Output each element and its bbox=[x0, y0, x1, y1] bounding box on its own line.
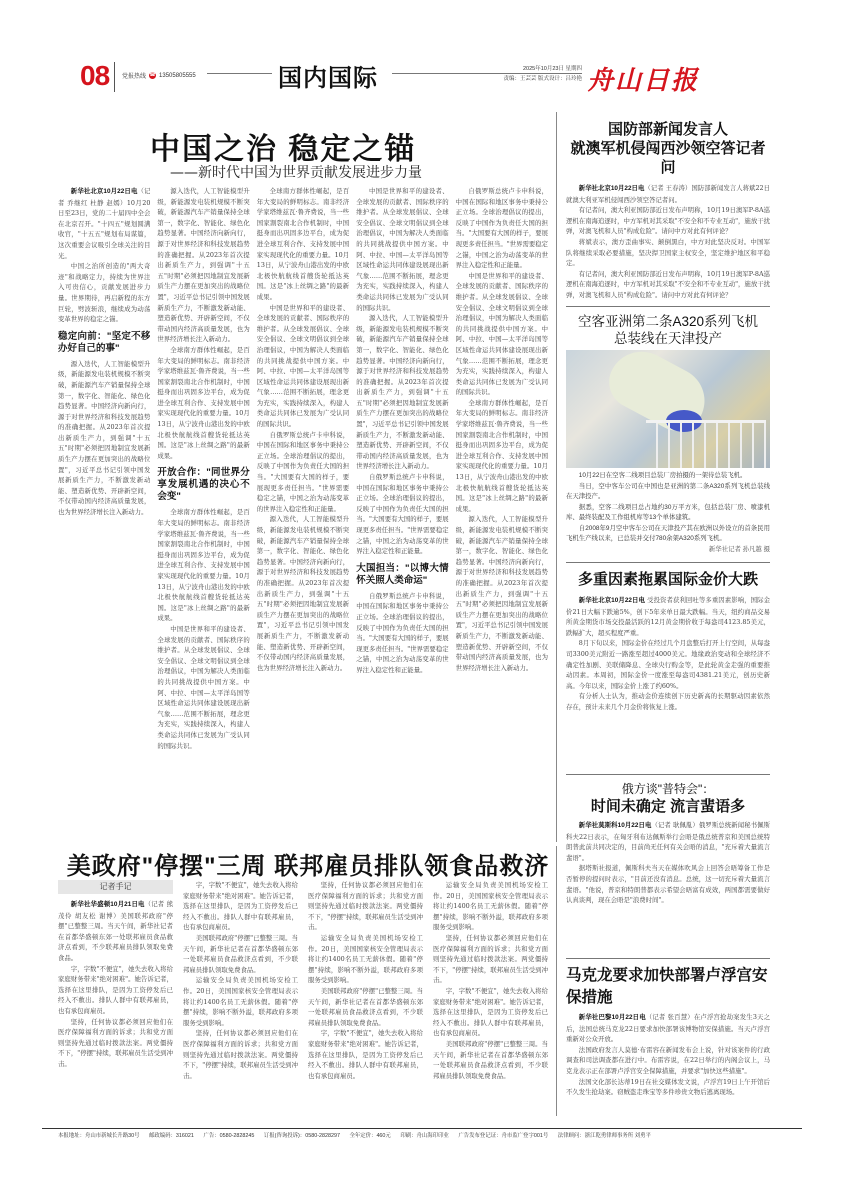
main-column-5: 自俄罗斯总统卢卡申科说，中国在国际和地区事务中秉持公正立场。全球治理倡议的提出，… bbox=[456, 186, 548, 826]
bottom-headline: 美政府"停摆"三周 联邦雇员排队领食品救济 bbox=[58, 846, 558, 881]
scaffold-shape bbox=[646, 420, 766, 468]
side-article-body: 新华社莫斯科10月22日电（记者 耿佩胤）俄罗斯总统新闻秘书佩斯科夫22日表示，… bbox=[566, 820, 770, 932]
paragraph: 美国联邦政府"停摆"已整整三周。当天午间，新华社记者在首都华盛顿东郊一处联邦雇员… bbox=[433, 1039, 548, 1081]
paragraph: 8月下旬以来，国际金价在经过几个月盘整后打开上行空间，从每盎司3300美元附近一… bbox=[566, 638, 770, 691]
issue-date: 2025年10月23日 星期四 bbox=[482, 64, 582, 74]
paragraph: 有记者问，澳大利亚国防部近日发布声明称，10月19日澳军P-8A巡逻机在南海追逐… bbox=[566, 205, 770, 237]
footer-rule bbox=[42, 1128, 802, 1129]
paragraph: 据塔斯社报道，佩斯科夫当天在媒体吹风会上回答会晤筹备工作是否暂停的提问时表示，"… bbox=[566, 863, 770, 905]
main-column-1: 新华社北京10月22日电（记者 乔继红 杜静 赵嫣）10月20日至23日，党的二… bbox=[58, 186, 150, 826]
paragraph: 字，字数"不便宜"，她失去收入将给家庭财务带来"绝对困难"。她告诉记者，选择在这… bbox=[308, 1028, 423, 1081]
bottom-article-body: 记者手记 新华社华盛顿10月21日电（记者 熊茂伶 胡友松 谢博）美国联邦政府"… bbox=[58, 880, 548, 1112]
page-number: 08 bbox=[80, 60, 109, 92]
paragraph: 运输安全局负责美国机场安检工作。20日，美国国家核安全管理局表示将让约1400名… bbox=[183, 975, 298, 1028]
article-byline: （记者 张百慧） bbox=[646, 1013, 694, 1021]
bottom-column-4: 运输安全局负责美国机场安检工作。20日，美国国家核安全管理局表示将让约1400名… bbox=[433, 880, 548, 1112]
article-lead: 新华社莫斯科10月22日电 bbox=[579, 822, 652, 829]
side-article-russia: 俄方谈"普特会"： 时间未确定 流言蜚语多 新华社莫斯科10月22日电（记者 耿… bbox=[566, 768, 770, 932]
bottom-column-2: 字，字数"不便宜"，她失去收入将给家庭财务带来"绝对困难"。她告诉记者，选择在这… bbox=[183, 880, 298, 1112]
paragraph: 坚持，任何协议都必须回应他们在医疗保障福利方面的诉求；共和党方面则坚持先通过临时… bbox=[433, 933, 548, 986]
footer-postcode: 邮政编码：316021 bbox=[149, 1133, 194, 1139]
side-article-body: 新华社北京10月22日电 受投资者获利回吐等多重因素影响，国际金价21日大幅下跌… bbox=[566, 595, 770, 713]
paragraph: 坚持，任何协议都必须回应他们在医疗保障福利方面的诉求；共和党方面则坚持先通过临时… bbox=[308, 880, 423, 933]
side-article-body: 新华社北京10月22日电（记者 王春涛）国防部新闻发言人蒋斌22日就澳大利亚军机… bbox=[566, 183, 770, 301]
paragraph: 有分析人士认为，推动金价连续创下历史新高的长期驱动因素依然存在，预计未来几个月金… bbox=[566, 691, 770, 712]
divider bbox=[566, 958, 770, 959]
article-lead: 新华社北京10月22日电 bbox=[579, 185, 645, 192]
paragraph: 源入迭代，人工智能模型升级，新能源发电装机规模不断突破，新能源汽车产销量保持全球… bbox=[157, 186, 249, 345]
footer-subscription-phone: 订报(咨询投诉)：0580-2828297 bbox=[264, 1133, 340, 1139]
side-headline: 多重因素拖累国际金价大跌 bbox=[566, 569, 770, 591]
paragraph: 全球南方群体性崛起，是百年大变局的鲜明标志。南非经济学家塔维兹瓦·鲁齐费说，当一… bbox=[257, 186, 349, 303]
divider bbox=[566, 774, 770, 775]
masthead: 08 党报热线 ☎ 13505805555 国内国际 2025年10月23日 星… bbox=[42, 56, 802, 96]
paragraph: 美国联邦政府"停摆"已整整三周。当天午间，新华社记者在首都华盛顿东郊一处联邦雇员… bbox=[308, 986, 423, 1028]
divider bbox=[566, 306, 770, 307]
paragraph: 当日，空中客车公司在中国也是亚洲的第二条A320系列飞机总装线在天津投产。 bbox=[566, 482, 770, 503]
paragraph: 有记者问，澳大利亚国防部近日发布声明称，10月19日澳军P-8A巡逻机在南海追逐… bbox=[566, 269, 770, 301]
paragraph: 字，字数"不便宜"，她失去收入将给家庭财务带来"绝对困难"。她告诉记者，选择在这… bbox=[58, 964, 173, 1017]
bottom-column-1: 记者手记 新华社华盛顿10月21日电（记者 熊茂伶 胡友松 谢博）美国联邦政府"… bbox=[58, 880, 173, 1112]
paper-logo: 舟山日报 bbox=[587, 60, 699, 97]
aircraft-assembly-photo bbox=[566, 350, 770, 468]
photo-caption: 10月22日在空客二线项目总装厂房拍摄的一架待总装飞机。 当日，空中客车公司在中… bbox=[566, 471, 770, 555]
paragraph: 法国政府发言人莫德·布雷容在新闻发布会上说，针对该案件的行政调查和司法调查都在进… bbox=[566, 1045, 770, 1077]
paragraph: 自俄罗斯总统卢卡申科说，中国在国际和地区事务中秉持公正立场。全球治理倡议的提出，… bbox=[356, 472, 448, 557]
paragraph: 运输安全局负责美国机场安检工作。20日，美国国家核安全管理局表示将让约1400名… bbox=[433, 880, 548, 933]
editors: 责编：王芸芸 版式设计：吕玲艳 bbox=[482, 74, 582, 84]
side-article-louvre: 马克龙要求加快部署卢浮宫安保措施 新华社巴黎10月22日电（记者 张百慧）在卢浮… bbox=[566, 952, 770, 1148]
paragraph: 全球南方群体性崛起，是百年大变局的鲜明标志。南非经济学家塔维兹瓦·鲁齐费说，当一… bbox=[456, 398, 548, 515]
paragraph: 自俄罗斯总统卢卡申科说，中国在国际和地区事务中秉持公正立场。全球治理倡议的提出，… bbox=[456, 186, 548, 271]
paragraph: 源入迭代，人工智能模型升级，新能源发电装机规模不断突破，新能源汽车产销量保持全球… bbox=[58, 359, 150, 518]
footer-ads-phone: 广告：0580-2828245 bbox=[203, 1133, 254, 1139]
hotline: 党报热线 ☎ 13505805555 bbox=[122, 71, 196, 80]
subhead: 大国担当："以博大情怀关照人类命运" bbox=[356, 563, 448, 587]
column-divider bbox=[556, 846, 557, 1116]
footer-ad-license: 广告发布登记证：舟市监广登字001号 bbox=[458, 1133, 548, 1139]
paragraph: 10月20日至23日，党的二十届四中全会在北京召开。"十四五"规划圆满收官，"十… bbox=[58, 199, 150, 260]
footer: 本报地址：舟山市新城长升路30号 邮政编码：316021 广告：0580-282… bbox=[58, 1131, 818, 1139]
headline-line: 空客亚洲第二条A320系列飞机 bbox=[566, 313, 770, 330]
side-headline: 马克龙要求加快部署卢浮宫安保措施 bbox=[566, 965, 770, 1009]
paragraph: 美国联邦政府"停摆"已整整三周。当天午间，新华社记者在首都华盛顿东郊一处联邦雇员… bbox=[183, 933, 298, 975]
caption-line: 10月22日在空客二线项目总装厂房拍摄的一架待总装飞机。 bbox=[566, 471, 770, 482]
hotline-number: 13505805555 bbox=[159, 73, 196, 79]
masthead-divider bbox=[114, 62, 115, 92]
article-byline: （记者 耿佩胤） bbox=[651, 821, 698, 829]
subhead: 稳定向前："坚定不移办好自己的事" bbox=[58, 331, 150, 355]
side-headline: 国防部新闻发言人 就澳军机侵闯西沙领空答记者问 bbox=[566, 120, 770, 177]
side-headline: 空客亚洲第二条A320系列飞机 总装线在天津投产 bbox=[566, 313, 770, 347]
photo-credit: 新华社记者 孙凡越 摄 bbox=[566, 545, 770, 556]
paragraph: 源入迭代，人工智能模型升级，新能源发电装机规模不断突破，新能源汽车产销量保持全球… bbox=[456, 514, 548, 673]
main-column-2: 源入迭代，人工智能模型升级，新能源发电装机规模不断突破，新能源汽车产销量保持全球… bbox=[157, 186, 249, 826]
side-article-defense: 国防部新闻发言人 就澳军机侵闯西沙领空答记者问 新华社北京10月22日电（记者 … bbox=[566, 120, 770, 301]
paragraph: 源入迭代，人工智能模型升级，新能源发电装机规模不断突破，新能源汽车产销量保持全球… bbox=[257, 514, 349, 673]
hotline-label: 党报热线 bbox=[122, 71, 146, 80]
paragraph: 中国是世界和平的建设者、全球发展的贡献者、国际秩序的维护者。从全球发展倡议、全球… bbox=[257, 303, 349, 430]
article-lead: 新华社华盛顿10月21日电 bbox=[71, 901, 145, 908]
main-column-3: 全球南方群体性崛起，是百年大变局的鲜明标志。南非经济学家塔维兹瓦·鲁齐费说，当一… bbox=[257, 186, 349, 826]
headline-line: 国防部新闻发言人 bbox=[566, 120, 770, 139]
paragraph: 坚持，任何协议都必须回应他们在医疗保障福利方面的诉求；共和党方面则坚持先通过临时… bbox=[183, 1028, 298, 1081]
paragraph: 全球南方群体性崛起，是百年大变局的鲜明标志。南非经济学家塔维兹瓦·鲁齐费说，当一… bbox=[157, 345, 249, 462]
article-lead: 新华社北京10月22日电 bbox=[71, 188, 138, 195]
paragraph: 运输安全局负责美国机场安检工作。20日，美国国家核安全管理局表示将让约1400名… bbox=[308, 933, 423, 986]
paragraph: 自2008年9月空中客车公司在天津投产其在欧洲以外设立的首条民用飞机生产线以来，… bbox=[566, 524, 770, 545]
bottom-column-3: 坚持，任何协议都必须回应他们在医疗保障福利方面的诉求；共和党方面则坚持先通过临时… bbox=[308, 880, 423, 1112]
article-lead: 新华社巴黎10月22日电 bbox=[579, 1014, 646, 1021]
side-article-airbus: 空客亚洲第二条A320系列飞机 总装线在天津投产 10月22日在空客二线项目总装… bbox=[566, 300, 770, 555]
paragraph: 蒋斌表示，澳方歪曲事实、颠倒黑白，中方对此坚决反对。中国军队将继续采取必要措施，… bbox=[566, 237, 770, 269]
paragraph: 自俄罗斯总统卢卡申科说，中国在国际和地区事务中秉持公正立场。全球治理倡议的提出，… bbox=[356, 591, 448, 676]
footer-printer: 印刷：舟山海印印业 bbox=[400, 1133, 449, 1139]
paragraph: 中国之治所创造的"两大奇迹"和战略定力，持续为世界注入可贵信心，贡献发展进步力量… bbox=[58, 261, 150, 325]
masthead-rule-left bbox=[207, 73, 272, 74]
headline-line: 俄方谈"普特会"： bbox=[566, 781, 770, 797]
paragraph: 字，字数"不便宜"，她失去收入将给家庭财务带来"绝对困难"。她告诉记者，选择在这… bbox=[433, 986, 548, 1039]
article-lead: 新华社北京10月22日电 bbox=[579, 597, 645, 604]
section-title: 国内国际 bbox=[278, 58, 378, 93]
footer-price: 全年定价：460元 bbox=[349, 1133, 390, 1139]
column-divider bbox=[556, 112, 557, 842]
paragraph: 中国是世界和平的建设者、全球发展的贡献者、国际秩序的维护者。从全球发展倡议、全球… bbox=[356, 186, 448, 313]
headline-line: 就澳军机侵闯西沙领空答记者问 bbox=[566, 139, 770, 177]
paragraph: 源入迭代，人工智能模型升级，新能源发电装机规模不断突破，新能源汽车产销量保持全球… bbox=[356, 313, 448, 472]
main-column-4: 中国是世界和平的建设者、全球发展的贡献者、国际秩序的维护者。从全球发展倡议、全球… bbox=[356, 186, 448, 826]
paragraph: 全球南方群体性崛起，是百年大变局的鲜明标志。南非经济学家塔维兹瓦·鲁齐费说，当一… bbox=[157, 507, 249, 624]
paragraph: 中国是世界和平的建设者、全球发展的贡献者、国际秩序的维护者。从全球发展倡议、全球… bbox=[456, 271, 548, 398]
footer-legal-counsel: 法律顾问：浙江乾勇律师事务所 刘勇平 bbox=[558, 1133, 651, 1139]
headline-line: 时间未确定 流言蜚语多 bbox=[566, 797, 770, 816]
footer-address: 本报地址：舟山市新城长升路30号 bbox=[58, 1133, 139, 1139]
article-byline: （记者 王春涛） bbox=[644, 184, 691, 192]
reporter-notes-tag: 记者手记 bbox=[58, 880, 173, 894]
divider bbox=[566, 562, 770, 563]
paragraph: 坚持，任何协议都必须回应他们在医疗保障福利方面的诉求；共和党方面则坚持先通过临时… bbox=[58, 1017, 173, 1070]
main-subheadline: ——新时代中国为世界贡献发展进步力量 bbox=[170, 162, 422, 182]
paragraph: 据悉，空客二线项目总占地约30万平方米，包括总装厂房、喷漆机库、最终装配及工作组… bbox=[566, 503, 770, 524]
paragraph: 自俄罗斯总统卢卡申科说，中国在国际和地区事务中秉持公正立场。全球治理倡议的提出，… bbox=[257, 430, 349, 515]
side-headline: 俄方谈"普特会"： 时间未确定 流言蜚语多 bbox=[566, 781, 770, 816]
paragraph: 法国文化部长达蒂19日在社交媒体发文说，卢浮宫19日上午开馆后不久发生抢劫案。窃… bbox=[566, 1077, 770, 1098]
dateline: 2025年10月23日 星期四 责编：王芸芸 版式设计：吕玲艳 bbox=[482, 64, 582, 84]
headline-line: 总装线在天津投产 bbox=[566, 330, 770, 347]
paragraph: 字，字数"不便宜"，她失去收入将给家庭财务带来"绝对困难"。她告诉记者，选择在这… bbox=[183, 880, 298, 933]
phone-icon: ☎ bbox=[149, 72, 156, 79]
main-article-body: 新华社北京10月22日电（记者 乔继红 杜静 赵嫣）10月20日至23日，党的二… bbox=[58, 186, 548, 826]
paragraph: 中国是世界和平的建设者、全球发展的贡献者、国际秩序的维护者。从全球发展倡议、全球… bbox=[157, 624, 249, 751]
side-article-gold: 多重因素拖累国际金价大跌 新华社北京10月22日电 受投资者获利回吐等多重因素影… bbox=[566, 556, 770, 713]
subhead: 开放合作："同世界分享发展机遇的决心不会变" bbox=[157, 467, 249, 503]
